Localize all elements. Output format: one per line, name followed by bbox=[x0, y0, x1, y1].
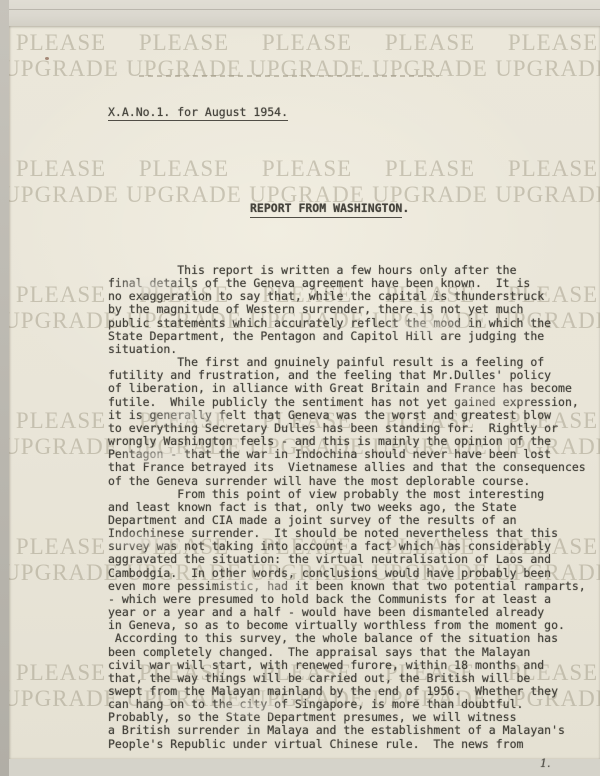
scan-left-margin bbox=[0, 0, 9, 776]
page-number: 1. bbox=[540, 757, 551, 770]
page-title-text: REPORT FROM WASHINGTON bbox=[250, 201, 402, 218]
paper-speck bbox=[45, 57, 49, 60]
watermark-text: PLEASEUPGRADE bbox=[364, 30, 496, 82]
watermark-text: PLEASEUPGRADE bbox=[487, 156, 600, 208]
watermark-text: PLEASEUPGRADE bbox=[9, 156, 127, 208]
paragraph-4: According to this survey, the whole bala… bbox=[108, 632, 586, 750]
document-page: PLEASEUPGRADEPLEASEUPGRADEPLEASEUPGRADEP… bbox=[9, 26, 600, 759]
paragraph-2: The first and gnuinely painful result is… bbox=[108, 356, 586, 488]
watermark-text: PLEASEUPGRADE bbox=[9, 30, 127, 82]
watermark-text: PLEASEUPGRADE bbox=[118, 30, 250, 82]
watermark-text: PLEASEUPGRADE bbox=[487, 30, 600, 82]
reference-line: X.A.No.1. for August 1954. bbox=[108, 106, 288, 119]
page-title-period: . bbox=[402, 201, 409, 215]
reference-line-text: X.A.No.1. for August 1954. bbox=[108, 105, 288, 121]
scan-top-margin bbox=[9, 0, 600, 26]
report-body: This report is written a few hours only … bbox=[108, 264, 586, 751]
paragraph-3: From this point of view probably the mos… bbox=[108, 488, 586, 633]
watermark-text: PLEASEUPGRADE bbox=[118, 156, 250, 208]
page-title: REPORT FROM WASHINGTON. bbox=[250, 202, 409, 215]
watermark-text: PLEASEUPGRADE bbox=[241, 30, 373, 82]
scanned-document-screenshot: { "watermark": { "line1": "PLEASE", "lin… bbox=[0, 0, 600, 776]
paragraph-1: This report is written a few hours only … bbox=[108, 264, 586, 356]
